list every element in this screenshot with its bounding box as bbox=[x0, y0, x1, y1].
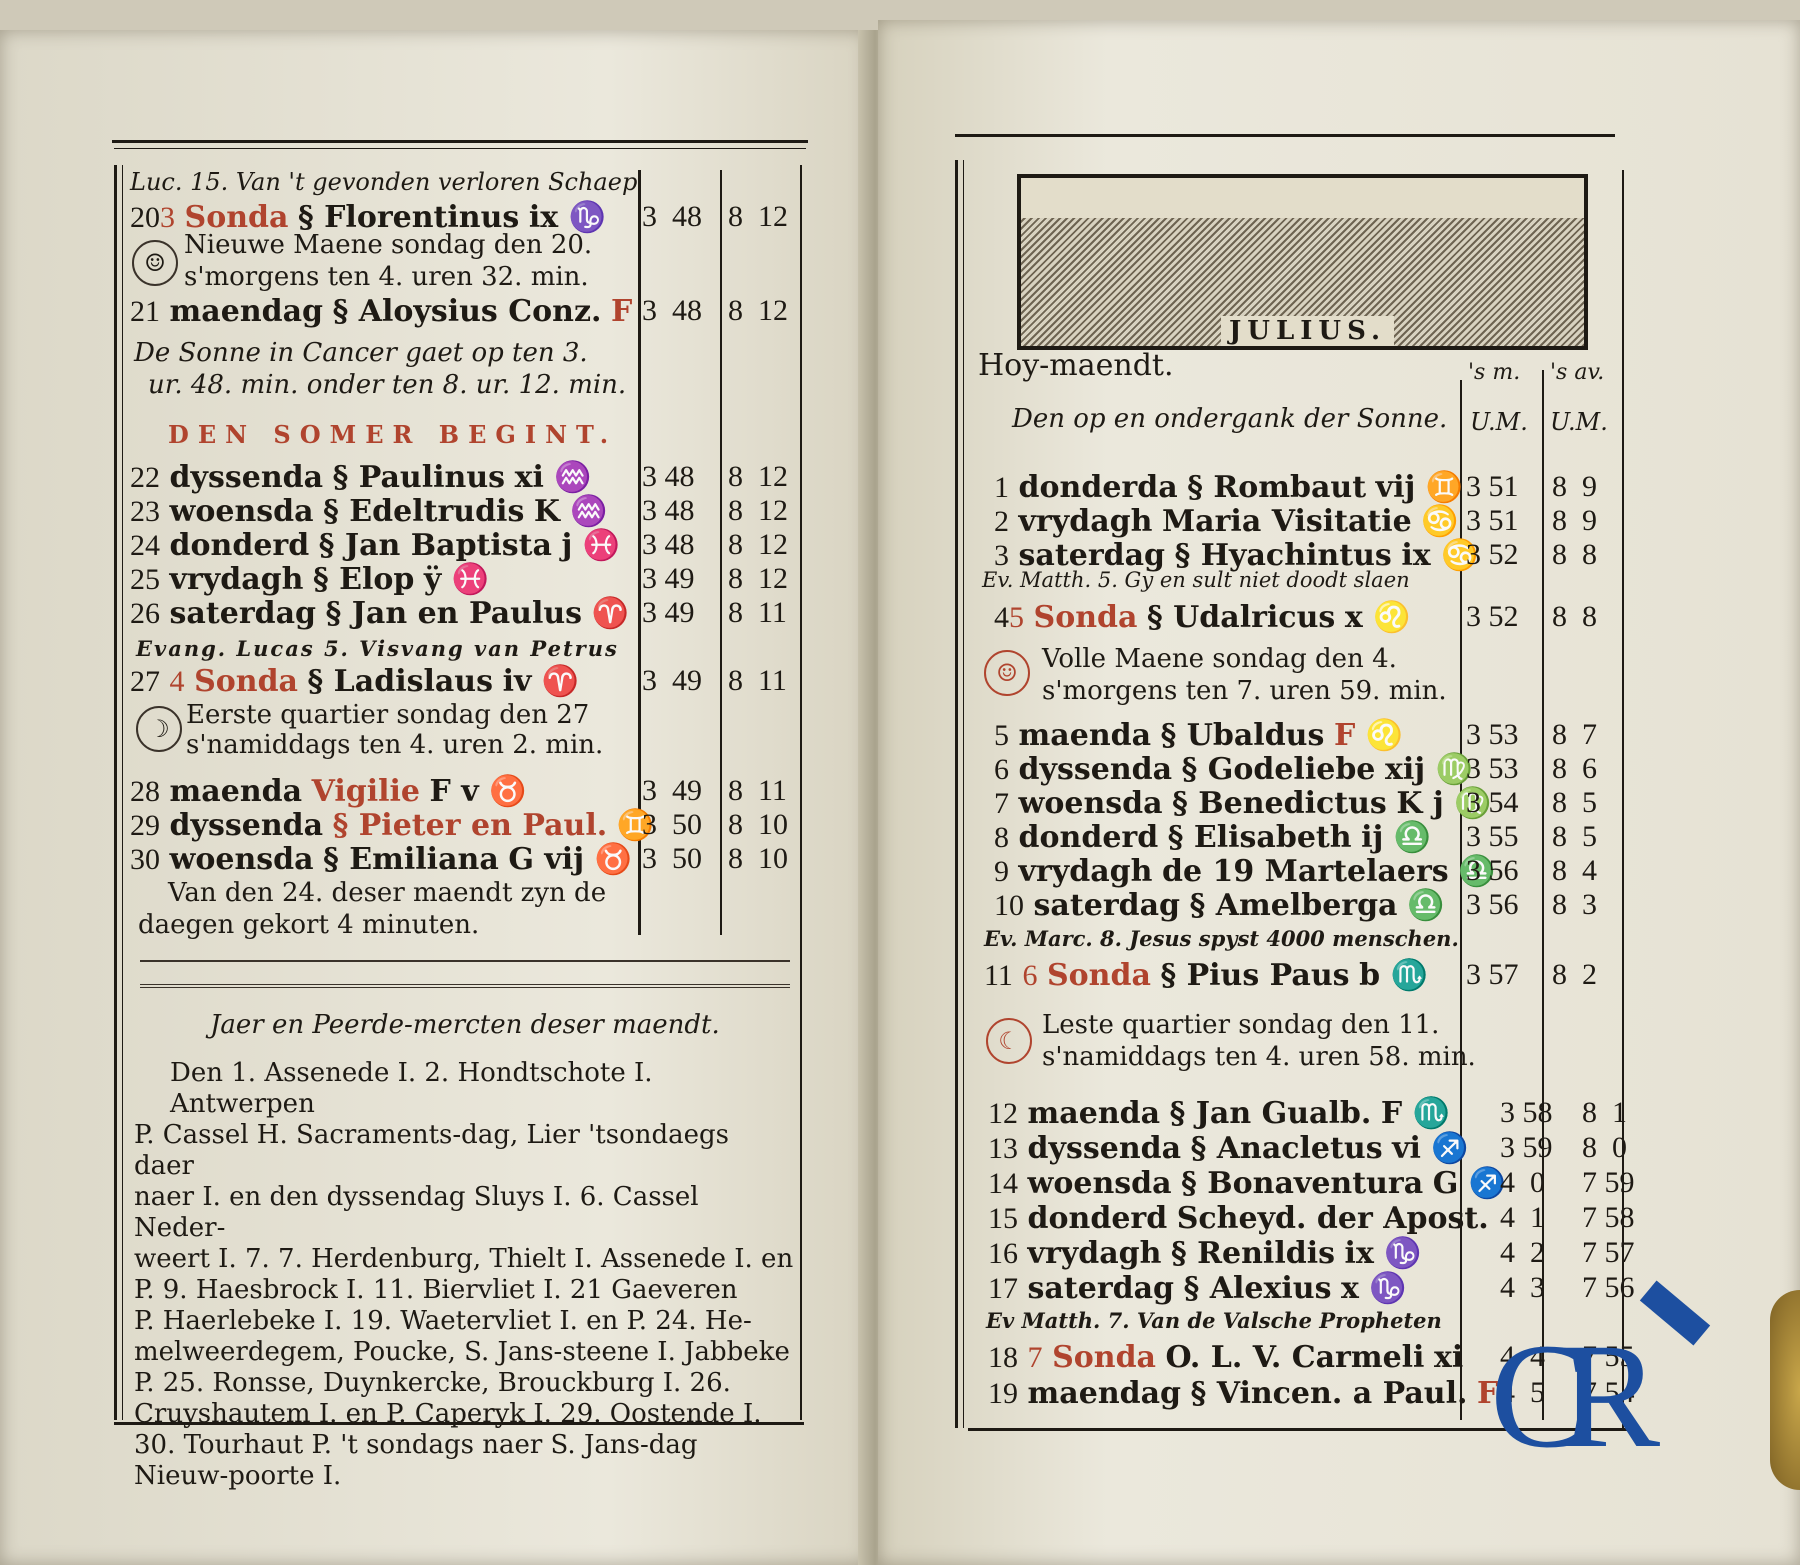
sun-note-line1: De Sonne in Cancer gaet op ten 3. bbox=[134, 338, 588, 368]
calendar-row: 21 maendag § Aloysius Conz. F bbox=[130, 294, 632, 329]
set-column-c: 8 1 8 0 7 59 7 58 7 57 7 56 bbox=[1582, 1096, 1635, 1306]
calendar-row: 12 maenda § Jan Gualb. F ♏ bbox=[988, 1096, 1506, 1131]
gospel-line: Ev Matth. 7. Van de Valsche Propheten bbox=[986, 1308, 1442, 1333]
weekday: maendag bbox=[170, 294, 323, 329]
full-moon-icon: ☺ bbox=[984, 650, 1030, 696]
sun-subheading: Den op en ondergank der Sonne. bbox=[1012, 404, 1447, 434]
set-time: 8 12 bbox=[728, 294, 788, 328]
calendar-row: 27 4 Sonda § Ladislaus iv ♈ bbox=[130, 664, 579, 699]
set-column-b: 8 7 8 6 8 5 8 5 8 4 8 3 bbox=[1552, 718, 1597, 922]
closing-note-line1: Van den 24. deser maendt zyn de bbox=[168, 878, 606, 908]
calendar-row: 3 saterdag § Hyachintus ix ♋ bbox=[994, 538, 1478, 572]
right-frame-line bbox=[800, 165, 802, 1420]
calendar-row: 19 maendag § Vincen. a Paul. F bbox=[988, 1376, 1498, 1412]
calendar-row: 9 vrydagh de 19 Martelaers ♎ bbox=[994, 854, 1496, 888]
brass-clasp-right bbox=[1770, 1290, 1800, 1490]
fairs-line: P. Cassel H. Sacraments-dag, Lier 'tsond… bbox=[134, 1120, 794, 1182]
rise-time: 3 57 bbox=[1466, 958, 1519, 992]
calendar-row: 18 7 Sonda O. L. V. Carmeli xi bbox=[988, 1340, 1498, 1376]
last-quarter-line1: Leste quartier sondag den 11. bbox=[1042, 1010, 1439, 1040]
fairs-line: P. 25. Ronsse, Duynkercke, Brouckburg I.… bbox=[134, 1368, 794, 1399]
summer-heading: DEN SOMER BEGINT. bbox=[168, 420, 617, 449]
full-moon-line1: Volle Maene sondag den 4. bbox=[1042, 644, 1397, 674]
calendar-row: 22 dyssenda § Paulinus xi ♒ bbox=[130, 460, 629, 494]
calendar-row: 28 maenda Vigilie F v ♉ bbox=[130, 774, 527, 809]
calendar-row: 25 vrydagh § Elop ÿ ♓ bbox=[130, 562, 629, 596]
full-moon-line2: s'morgens ten 7. uren 59. min. bbox=[1042, 676, 1447, 706]
set-time: 8 11 bbox=[728, 664, 787, 698]
rise-time: 3 49 bbox=[642, 774, 702, 808]
fairs-heading: Jaer en Peerde-mercten deser maendt. bbox=[210, 1010, 720, 1040]
calendar-row: 13 dyssenda § Anacletus vi ♐ bbox=[988, 1131, 1506, 1166]
calendar-row: 5 maenda § Ubaldus F ♌ bbox=[994, 718, 1496, 752]
rise-time: 3 50 bbox=[642, 808, 702, 842]
day-number: 20 bbox=[130, 201, 160, 234]
calendar-row: 15 donderd Scheyd. der Apost. bbox=[988, 1201, 1506, 1236]
calendar-row: 10 saterdag § Amelberga ♎ bbox=[994, 888, 1496, 922]
fairs-line: P. Haerlebeke I. 19. Waetervliet I. en P… bbox=[134, 1306, 794, 1337]
sun-note-line2: ur. 48. min. onder ten 8. ur. 12. min. bbox=[148, 370, 626, 400]
fairs-line: Nieuw-poorte I. bbox=[134, 1461, 794, 1492]
fairs-paragraph: Den 1. Assenede I. 2. Hondtschote I. Ant… bbox=[134, 1058, 794, 1492]
julius-woodcut-illustration: JULIUS. bbox=[1017, 174, 1588, 350]
day-number: 21 bbox=[130, 295, 160, 328]
gospel-header: Luc. 15. Van 't gevonden verloren Schaep bbox=[130, 168, 637, 196]
sunday-number: 3 bbox=[160, 201, 175, 234]
calendar-row: 29 dyssenda § Pieter en Paul. ♊ bbox=[130, 808, 654, 843]
right-page-frame-left bbox=[955, 160, 958, 1428]
last-quarter-line2: s'namiddags ten 4. uren 58. min. bbox=[1042, 1042, 1476, 1072]
calendar-row: 11 6 Sonda § Pius Paus b ♏ bbox=[984, 958, 1428, 993]
rise-time: 3 52 bbox=[1466, 600, 1519, 634]
rise-time: 3 48 bbox=[642, 200, 702, 234]
first-quarter-line1: Eerste quartier sondag den 27 bbox=[186, 700, 589, 730]
rise-column-mid: 3 48 3 48 3 48 3 49 3 49 bbox=[642, 460, 695, 630]
set-time: 8 10 bbox=[728, 842, 788, 876]
fairs-line: melweerdegem, Poucke, S. Jans-steene I. … bbox=[134, 1337, 794, 1368]
set-column-a: 8 9 8 9 8 8 bbox=[1552, 470, 1597, 572]
woodcut-sky bbox=[1021, 178, 1584, 218]
um-header-2: U.M. bbox=[1550, 408, 1608, 436]
fairs-line: P. 9. Haesbrock I. 11. Biervliet I. 21 G… bbox=[134, 1275, 794, 1306]
set-column-divider bbox=[720, 170, 722, 935]
calendar-row: 1 donderda § Rombaut vij ♊ bbox=[994, 470, 1478, 504]
fairs-line: Cruyshautem I. en P. Caperyk I. 29. Oost… bbox=[134, 1399, 794, 1430]
rise-time: 3 50 bbox=[642, 842, 702, 876]
new-moon-line2: s'morgens ten 4. uren 32. min. bbox=[184, 262, 589, 292]
set-time: 8 8 bbox=[1552, 600, 1597, 634]
set-time: 8 12 bbox=[728, 200, 788, 234]
rise-time: 3 49 bbox=[642, 664, 702, 698]
fairs-line: Den 1. Assenede I. 2. Hondtschote I. Ant… bbox=[134, 1058, 794, 1120]
evening-header: 's av. bbox=[1550, 360, 1604, 385]
rise-column-b: 3 53 3 53 3 54 3 55 3 56 3 56 bbox=[1466, 718, 1519, 922]
new-moon-line1: Nieuwe Maene sondag den 20. bbox=[184, 230, 592, 260]
new-moon-icon: ☺ bbox=[132, 240, 178, 286]
calendar-block-c: 12 maenda § Jan Gualb. F ♏ 13 dyssenda §… bbox=[988, 1096, 1506, 1306]
calendar-row: 17 saterdag § Alexius x ♑ bbox=[988, 1271, 1506, 1306]
um-header-1: U.M. bbox=[1470, 408, 1528, 436]
set-column-mid: 8 12 8 12 8 12 8 12 8 11 bbox=[728, 460, 788, 630]
set-time: 8 11 bbox=[728, 774, 787, 808]
rise-column-c: 3 58 3 59 4 0 4 1 4 2 4 3 bbox=[1500, 1096, 1553, 1306]
fairs-line: weert I. 7. 7. Herdenburg, Thielt I. Ass… bbox=[134, 1244, 794, 1275]
fast-day-mark: F bbox=[611, 294, 632, 329]
first-quarter-line2: s'namiddags ten 4. uren 2. min. bbox=[186, 730, 603, 760]
calendar-row: 23 woensda § Edeltrudis K ♒ bbox=[130, 494, 629, 528]
calendar-row: 45 Sonda § Udalricus x ♌ bbox=[994, 600, 1411, 635]
calendar-row: 24 donderd § Jan Baptista j ♓ bbox=[130, 528, 629, 562]
closing-note-line2: daegen gekort 4 minuten. bbox=[138, 910, 479, 940]
decorative-border bbox=[140, 960, 790, 988]
top-rule-left bbox=[112, 140, 808, 143]
set-time: 8 10 bbox=[728, 808, 788, 842]
left-frame-line bbox=[114, 165, 117, 1420]
month-name: Hoy-maendt. bbox=[978, 348, 1174, 383]
last-quarter-moon-icon: ☾ bbox=[986, 1018, 1032, 1064]
calendar-block-a: 1 donderda § Rombaut vij ♊ 2 vrydagh Mar… bbox=[994, 470, 1478, 572]
calendar-row: 26 saterdag § Jan en Paulus ♈ bbox=[130, 596, 629, 630]
calendar-block-mid: 22 dyssenda § Paulinus xi ♒ 23 woensda §… bbox=[130, 460, 629, 630]
rise-column-a: 3 51 3 51 3 52 bbox=[1466, 470, 1519, 572]
left-frame-line-inner bbox=[122, 165, 123, 1420]
woodcut-month-label: JULIUS. bbox=[1221, 316, 1394, 346]
first-quarter-moon-icon: ☽ bbox=[136, 706, 182, 752]
fairs-line: naer I. en den dyssendag Sluys I. 6. Cas… bbox=[134, 1182, 794, 1244]
fairs-line: 30. Tourhaut P. 't sondags naer S. Jans-… bbox=[134, 1430, 794, 1461]
morning-header: 's m. bbox=[1468, 360, 1520, 385]
calendar-row: 7 woensda § Benedictus K j ♍ bbox=[994, 786, 1496, 820]
saint-name: § Aloysius Conz. bbox=[333, 294, 602, 329]
calendar-row: 6 dyssenda § Godeliebe xij ♍ bbox=[994, 752, 1496, 786]
gospel-line: Ev. Marc. 8. Jesus spyst 4000 menschen. bbox=[984, 926, 1459, 951]
right-page-frame-left-inner bbox=[963, 160, 964, 1428]
calendar-block-b: 5 maenda § Ubaldus F ♌ 6 dyssenda § Gode… bbox=[994, 718, 1496, 922]
gospel-line: Evang. Lucas 5. Visvang van Petrus bbox=[136, 636, 619, 661]
calendar-row: 30 woensda § Emiliana G vij ♉ bbox=[130, 842, 632, 877]
set-time: 8 2 bbox=[1552, 958, 1597, 992]
gospel-line: Ev. Matth. 5. Gy en sult niet doodt slae… bbox=[982, 568, 1410, 592]
calendar-row: 8 donderd § Elisabeth ij ♎ bbox=[994, 820, 1496, 854]
top-rule-right bbox=[955, 134, 1615, 137]
calendar-row: 2 vrydagh Maria Visitatie ♋ bbox=[994, 504, 1478, 538]
calendar-row: 16 vrydagh § Renildis ix ♑ bbox=[988, 1236, 1506, 1271]
calendar-block-d: 18 7 Sonda O. L. V. Carmeli xi 19 maenda… bbox=[988, 1340, 1498, 1412]
auction-house-logo: CR bbox=[1490, 1310, 1630, 1482]
rise-time: 3 48 bbox=[642, 294, 702, 328]
calendar-row: 14 woensda § Bonaventura G ♐ bbox=[988, 1166, 1506, 1201]
top-rule-left-thin bbox=[114, 148, 806, 149]
